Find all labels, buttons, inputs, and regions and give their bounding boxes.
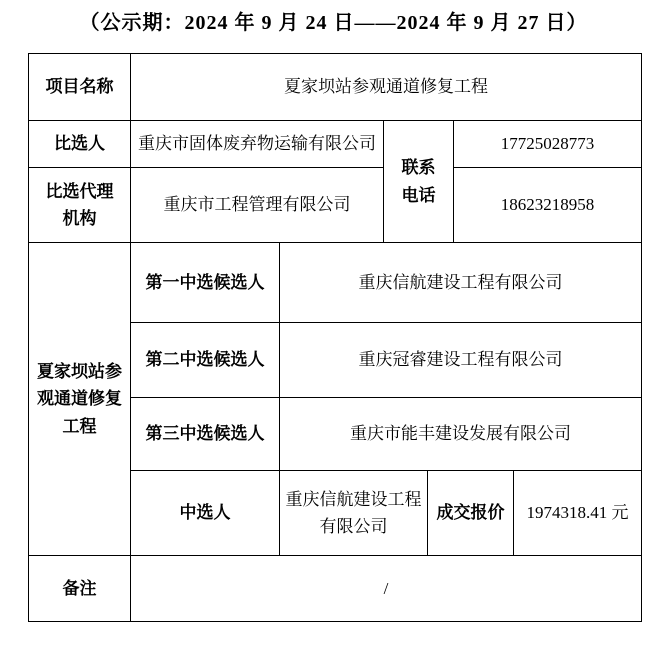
agency-phone: 18623218958 — [454, 168, 642, 243]
remark-row: 备注 / — [29, 556, 642, 622]
candidate-row-1: 夏家坝站参 观通道修复 工程 第一中选候选人 重庆信航建设工程有限公司 — [29, 243, 642, 323]
contact-phone-label: 联系 电话 — [384, 121, 454, 243]
result-table: 项目名称 夏家坝站参观通道修复工程 比选人 重庆市固体废弃物运输有限公司 联系 … — [28, 53, 642, 622]
bidder-row: 比选人 重庆市固体废弃物运输有限公司 联系 电话 17725028773 — [29, 121, 642, 168]
candidate-rank-3: 第三中选候选人 — [131, 398, 280, 471]
winner-name: 重庆信航建设工程 有限公司 — [280, 471, 428, 556]
candidate-company-2: 重庆冠睿建设工程有限公司 — [280, 323, 642, 398]
bidder-name: 重庆市固体废弃物运输有限公司 — [131, 121, 384, 168]
candidate-company-1: 重庆信航建设工程有限公司 — [280, 243, 642, 323]
candidate-rank-1: 第一中选候选人 — [131, 243, 280, 323]
agency-label: 比选代理 机构 — [29, 168, 131, 243]
project-name-value: 夏家坝站参观通道修复工程 — [131, 54, 642, 121]
candidate-company-3: 重庆市能丰建设发展有限公司 — [280, 398, 642, 471]
remark-value: / — [131, 556, 642, 622]
winner-label: 中选人 — [131, 471, 280, 556]
bidder-phone: 17725028773 — [454, 121, 642, 168]
price-value: 1974318.41 元 — [514, 471, 642, 556]
bidder-label: 比选人 — [29, 121, 131, 168]
project-group-label: 夏家坝站参 观通道修复 工程 — [29, 243, 131, 556]
remark-label: 备注 — [29, 556, 131, 622]
price-label: 成交报价 — [428, 471, 514, 556]
notice-page: （公示期：2024 年 9 月 24 日——2024 年 9 月 27 日） 项… — [0, 0, 667, 647]
project-name-row: 项目名称 夏家坝站参观通道修复工程 — [29, 54, 642, 121]
notice-title: （公示期：2024 年 9 月 24 日——2024 年 9 月 27 日） — [0, 6, 667, 35]
project-name-label: 项目名称 — [29, 54, 131, 121]
agency-row: 比选代理 机构 重庆市工程管理有限公司 18623218958 — [29, 168, 642, 243]
candidate-rank-2: 第二中选候选人 — [131, 323, 280, 398]
agency-name: 重庆市工程管理有限公司 — [131, 168, 384, 243]
